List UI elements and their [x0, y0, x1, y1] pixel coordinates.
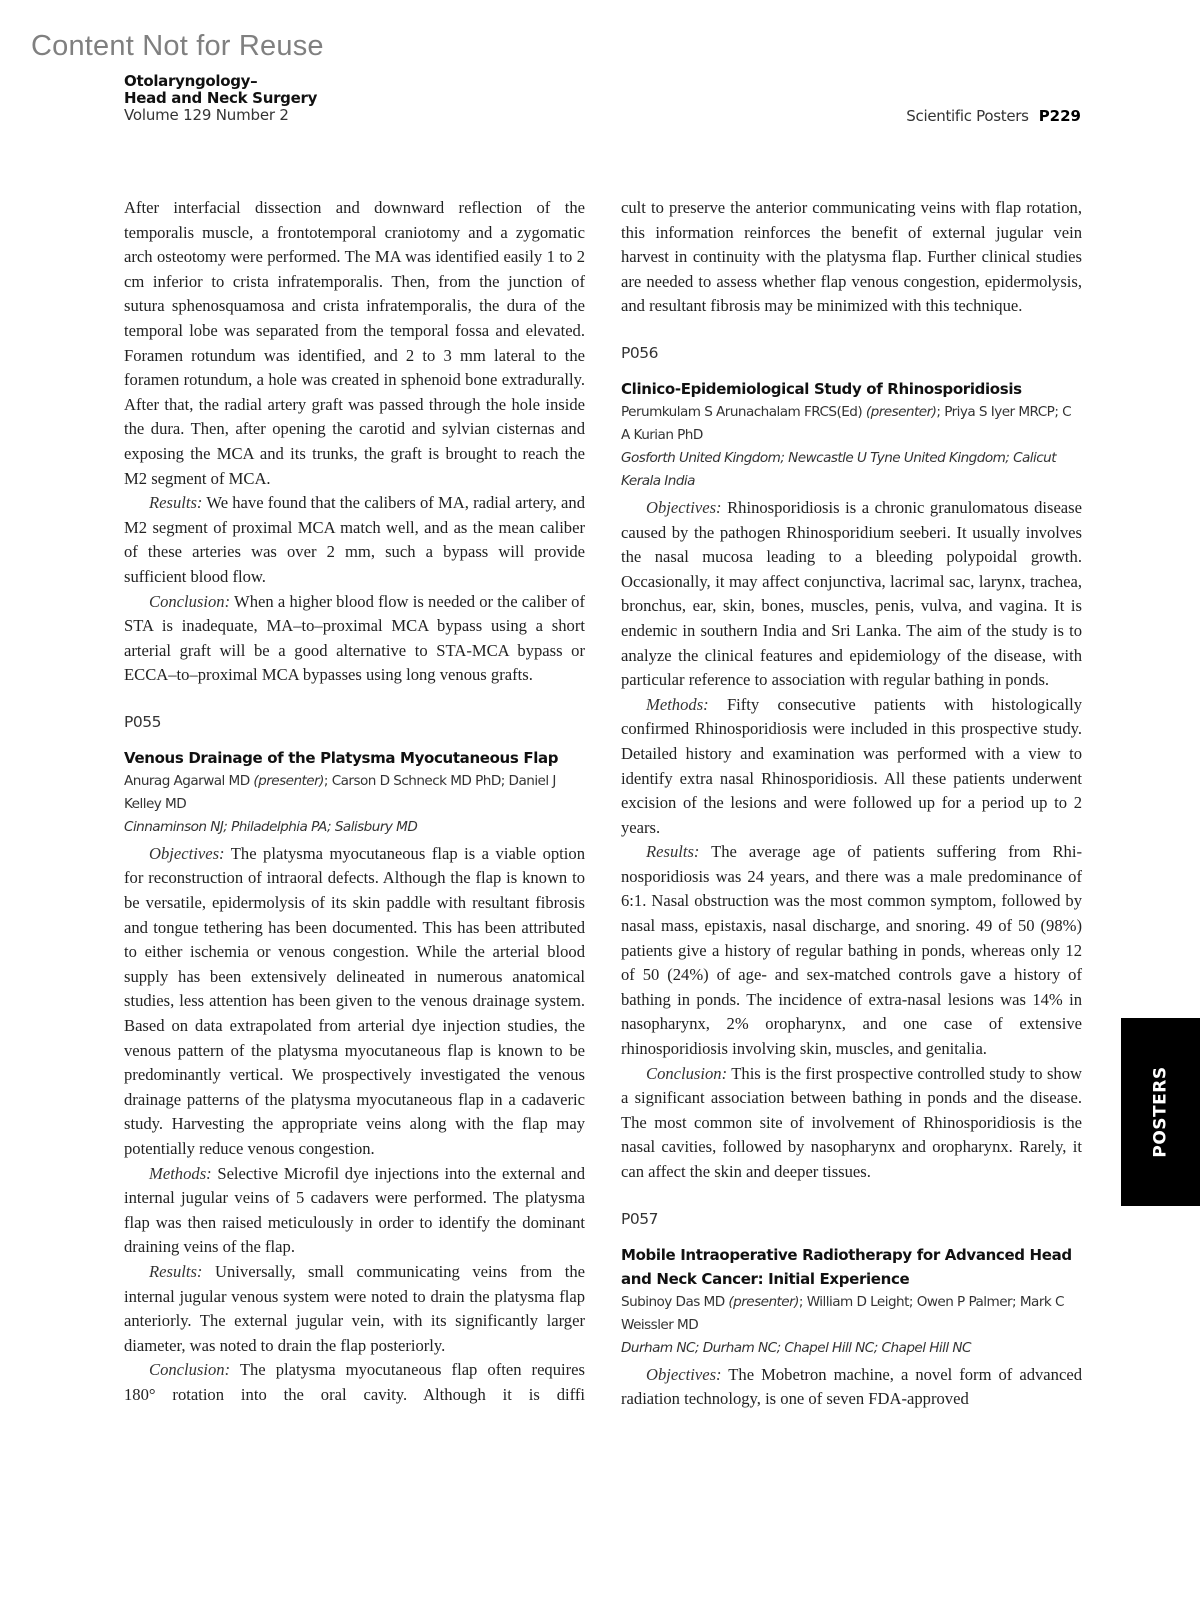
watermark: Content Not for Reuse	[31, 30, 324, 63]
running-head: Scientific PostersP229	[906, 107, 1081, 125]
journal-name-line1: Otolaryngology–	[124, 73, 317, 90]
left-column: After interfacial dissection and downwar…	[124, 196, 585, 1408]
page-number: P229	[1039, 107, 1081, 125]
abstract-p056: P056 Clinico-Epidemiological Study of Rh…	[621, 341, 1082, 1185]
abstract-id: P056	[621, 341, 1082, 365]
objectives-paragraph: Objectives: Rhinosporidiosis is a chroni…	[621, 496, 1082, 693]
abstract-title: Venous Drainage of the Platysma Myocutan…	[124, 746, 585, 770]
abstract-p057: P057 Mobile Intraoperative Radiotherapy …	[621, 1207, 1082, 1412]
section-label: Results:	[149, 493, 202, 512]
journal-header: Otolaryngology– Head and Neck Surgery Vo…	[124, 73, 317, 124]
abstract-authors: Perumkulam S Arunachalam FRCS(Ed) (prese…	[621, 401, 1082, 447]
objectives-paragraph: Objectives: The platysma myocutaneous fl…	[124, 842, 585, 1162]
results-paragraph: Results: The average age of patients suf…	[621, 840, 1082, 1061]
methods-paragraph: Methods: Fifty consecutive patients with…	[621, 693, 1082, 841]
journal-volume: Volume 129 Number 2	[124, 107, 317, 124]
conclusion-paragraph: Conclusion: The platysma myocutaneous fl…	[124, 1358, 585, 1407]
conclusion-paragraph: Conclusion: This is the first prospectiv…	[621, 1062, 1082, 1185]
abstract-authors: Subinoy Das MD (presenter); William D Le…	[621, 1291, 1082, 1337]
objectives-paragraph: Objectives: The Mobetron machine, a nove…	[621, 1363, 1082, 1412]
continuation-paragraph: After interfacial dissection and downwar…	[124, 196, 585, 491]
results-paragraph: Results: Universally, small communicatin…	[124, 1260, 585, 1358]
abstract-locations: Cinnaminson NJ; Philadelphia PA; Salisbu…	[124, 816, 585, 839]
section-label: Conclusion:	[149, 592, 230, 611]
section-tab-posters: POSTERS	[1121, 1018, 1200, 1206]
conclusion-continuation: cult to preserve the anterior communicat…	[621, 196, 1082, 319]
abstract-locations: Gosforth United Kingdom; Newcastle U Tyn…	[621, 447, 1082, 493]
journal-name-line2: Head and Neck Surgery	[124, 90, 317, 107]
abstract-title: Mobile Intraoperative Radiotherapy for A…	[621, 1243, 1082, 1291]
section-name: Scientific Posters	[906, 107, 1028, 125]
abstract-id: P055	[124, 710, 585, 734]
right-column: cult to preserve the anterior communicat…	[621, 196, 1082, 1412]
methods-paragraph: Methods: Selective Microfil dye injectio…	[124, 1162, 585, 1260]
abstract-p055: P055 Venous Drainage of the Platysma Myo…	[124, 710, 585, 1408]
conclusion-paragraph: Conclusion: When a higher blood flow is …	[124, 590, 585, 688]
abstract-title: Clinico-Epidemiological Study of Rhinosp…	[621, 377, 1082, 401]
section-tab-label: POSTERS	[1151, 1066, 1171, 1157]
abstract-authors: Anurag Agarwal MD (presenter); Carson D …	[124, 770, 585, 816]
results-paragraph: Results: We have found that the calibers…	[124, 491, 585, 589]
abstract-id: P057	[621, 1207, 1082, 1231]
abstract-locations: Durham NC; Durham NC; Chapel Hill NC; Ch…	[621, 1337, 1082, 1360]
